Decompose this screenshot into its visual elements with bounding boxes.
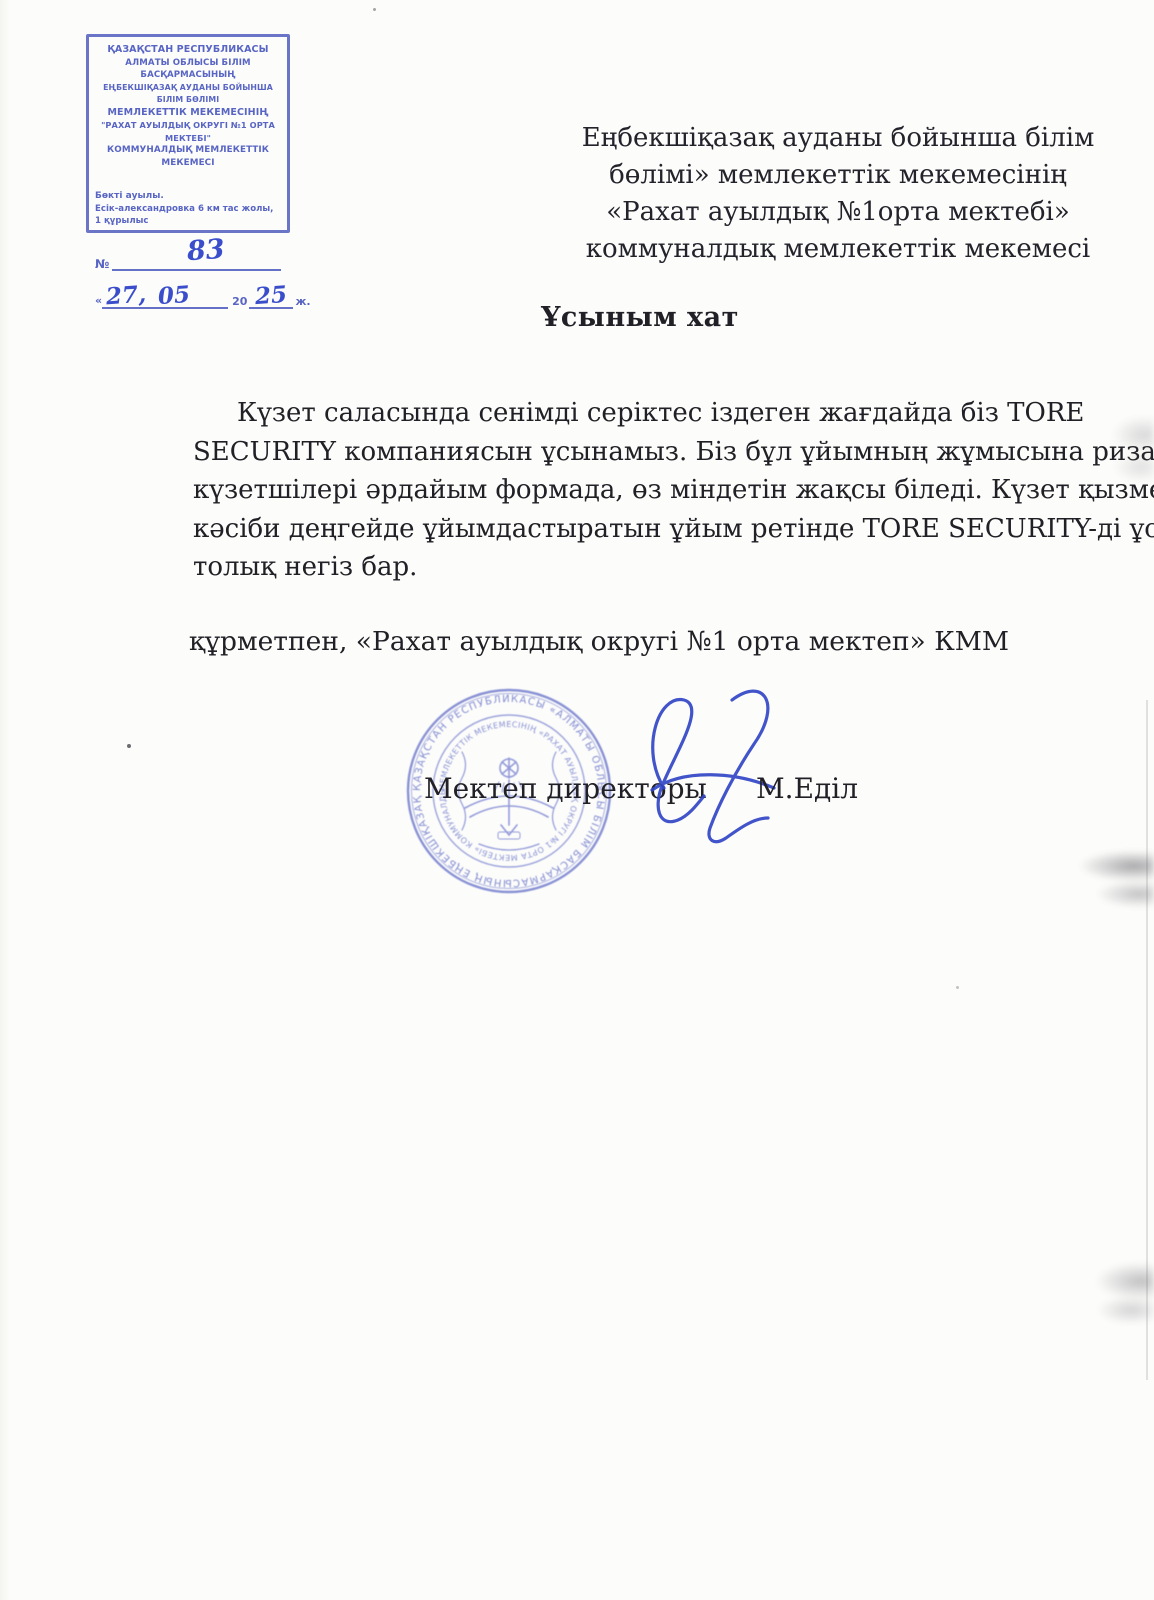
stamp-line: МЕМЛЕКЕТТІК МЕКЕМЕСІНІҢ xyxy=(95,107,281,120)
body-line: толық негіз бар. xyxy=(193,548,1069,587)
director-name: М.Еділ xyxy=(756,772,858,805)
scan-smudge xyxy=(1064,1238,1154,1334)
scan-speck xyxy=(373,8,376,11)
scan-smudge xyxy=(1088,398,1154,490)
stamp-date-day-line: 27, xyxy=(102,285,150,309)
handwritten-number: 83 xyxy=(186,236,225,266)
body-line: күзетшілері әрдайым формада, өз міндетін… xyxy=(193,471,1069,510)
handwritten-year: 25 xyxy=(255,284,288,308)
letterhead-line: Еңбекшіқазақ ауданы бойынша білім xyxy=(578,120,1098,157)
body-line: кәсіби деңгейде ұйымдастыратын ұйым реті… xyxy=(193,510,1069,549)
letterhead-line: «Рахат ауылдық №1орта мектебі» xyxy=(578,194,1098,231)
scan-smudge xyxy=(1052,826,1154,926)
body-paragraph: Күзет саласында сенімді серіктес іздеген… xyxy=(193,394,1069,587)
scan-speck xyxy=(956,986,959,989)
stamp-date-suffix: ж. xyxy=(293,295,310,309)
closing-line: құрметпен, «Рахат ауылдық округі №1 орта… xyxy=(189,626,1009,657)
stamp-date-row: « 27, 05 20 25 ж. xyxy=(95,285,281,309)
body-line: Күзет саласында сенімді серіктес іздеген… xyxy=(193,394,1069,433)
stamp-line: АЛМАТЫ ОБЛЫСЫ БІЛІМ БАСҚАРМАСЫНЫҢ xyxy=(95,57,281,82)
stamp-line: ҚАЗАҚСТАН РЕСПУБЛИКАСЫ xyxy=(95,44,281,57)
body-line: SECURITY компаниясын ұсынамыз. Біз бұл ұ… xyxy=(193,433,1069,472)
stamp-address: Есік-александровка 6 км тас жолы, 1 құры… xyxy=(95,203,281,227)
stamp-number-row: № 83 xyxy=(95,245,281,271)
handwritten-month: 05 xyxy=(157,284,190,308)
registration-stamp: ҚАЗАҚСТАН РЕСПУБЛИКАСЫ АЛМАТЫ ОБЛЫСЫ БІЛ… xyxy=(86,34,290,233)
stamp-date-month-line: 05 xyxy=(150,285,200,309)
stamp-date-century: 20 xyxy=(228,295,249,309)
stamp-village: Бөкті ауылы. xyxy=(95,190,281,203)
stamp-number-label: № xyxy=(95,257,109,271)
letter-title: Ұсыным хат xyxy=(400,302,880,333)
stamp-date-year-line: 25 xyxy=(249,285,293,309)
letterhead-line: коммуналдық мемлекеттік мекемесі xyxy=(578,231,1098,268)
stamp-number-line: 83 xyxy=(112,245,281,271)
handwritten-day: 27, xyxy=(105,284,146,309)
scanned-letter-page: ҚАЗАҚСТАН РЕСПУБЛИКАСЫ АЛМАТЫ ОБЛЫСЫ БІЛ… xyxy=(0,0,1154,1600)
stamp-line: КОММУНАЛДЫҚ МЕМЛЕКЕТТІК МЕКЕМЕСІ xyxy=(95,144,281,169)
letterhead-line: бөлімі» мемлекеттік мекемесінің xyxy=(578,157,1098,194)
stamp-line: "РАХАТ АУЫЛДЫҚ ОКРУГІ №1 ОРТА МЕКТЕБІ" xyxy=(95,119,281,144)
stamp-date-open-quote: « xyxy=(95,294,102,309)
scan-speck xyxy=(127,744,131,748)
stamp-line: ЕҢБЕКШІҚАЗАҚ АУДАНЫ БОЙЫНША БІЛІМ БӨЛІМІ xyxy=(95,82,281,107)
stamp-date-blank-line xyxy=(200,307,228,309)
letterhead: Еңбекшіқазақ ауданы бойынша білім бөлімі… xyxy=(578,120,1098,268)
scan-edge-line xyxy=(1146,700,1148,1380)
director-signature-autograph xyxy=(612,668,802,858)
